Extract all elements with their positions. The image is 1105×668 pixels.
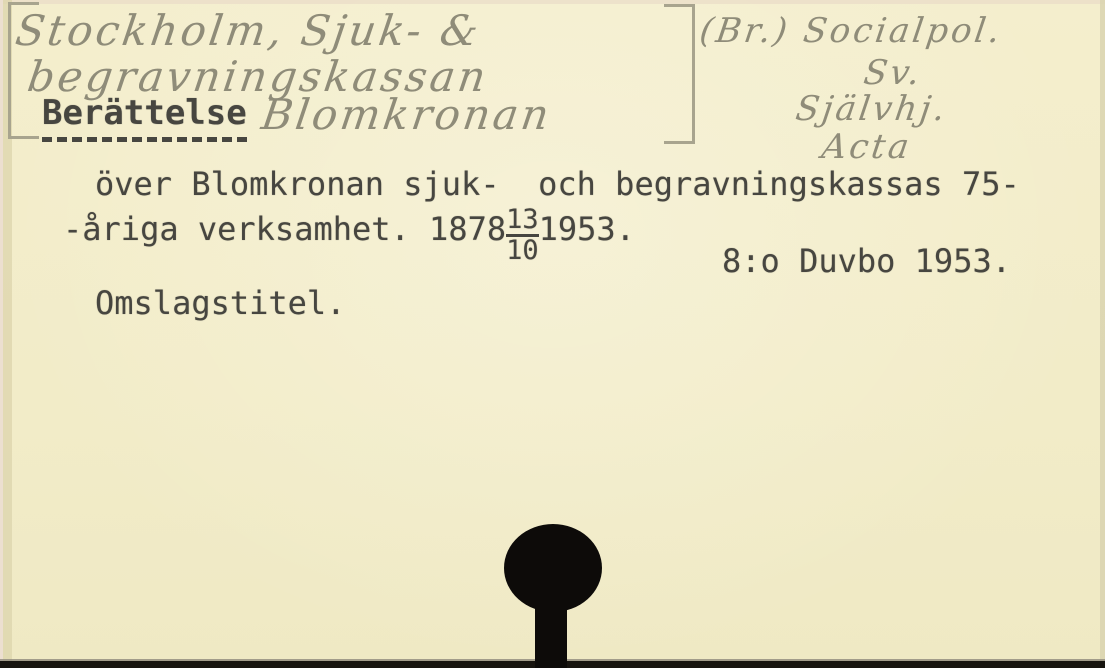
card-right-edge [1100,0,1105,668]
typed-note: Omslagstitel. [95,287,345,321]
handwritten-title-line1: Stockholm, Sjuk- & [13,10,484,52]
typed-heading-berattelse: Berättelse [42,96,247,142]
typed-imprint: 8:o Duvbo 1953. [722,245,1011,279]
handwritten-title-blomkronan: Blomkronan [259,94,554,136]
typed-body-line2-suffix: 1953. [539,210,635,248]
scanned-catalog-card-page: { "card": { "handwritten_heading": { "li… [0,0,1105,668]
date-fraction-numerator: 13 [506,207,539,233]
date-fraction: 1310 [506,207,539,263]
punch-hole-slot [535,598,567,668]
catalog-card: Stockholm, Sjuk- & begravningskassan Ber… [0,0,1105,668]
date-fraction-denominator: 10 [506,238,539,264]
typed-body-line2: -åriga verksamhet. 187813101953. [63,203,635,259]
typed-body-line2-prefix: -åriga verksamhet. 1878 [63,210,506,248]
classification-line3: Självhj. [794,92,950,126]
card-top-edge [0,0,1105,4]
classification-line1: (Br.) Socialpol. [698,14,1005,48]
classification-line2: Sv. [862,56,925,90]
classification-line4: Acta [820,130,914,164]
pencil-bracket-right [664,4,695,144]
typed-body-line1: över Blomkronan sjuk- och begravningskas… [95,168,1020,202]
